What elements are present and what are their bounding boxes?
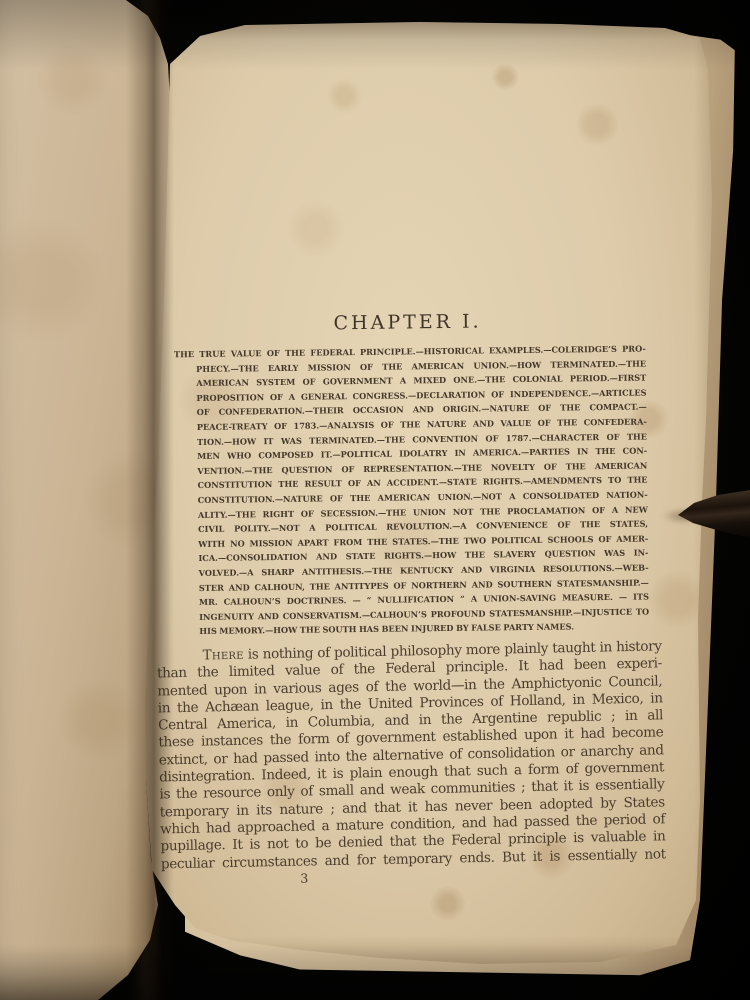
chapter-heading: CHAPTER I. bbox=[140, 308, 674, 337]
body-paragraph: There is nothing of political philosophy… bbox=[157, 638, 666, 873]
body-lines: than the limited value of the Federal pr… bbox=[157, 656, 666, 874]
chapter-summary: THE TRUE VALUE OF THE FEDERAL PRINCIPLE.… bbox=[174, 342, 650, 640]
page-number: 3 bbox=[291, 871, 317, 886]
right-page: CHAPTER I. THE TRUE VALUE OF THE FEDERAL… bbox=[143, 20, 718, 970]
lead-word: There bbox=[203, 647, 244, 664]
book-photo: CHAPTER I. THE TRUE VALUE OF THE FEDERAL… bbox=[0, 0, 750, 1000]
page-text-block: CHAPTER I. THE TRUE VALUE OF THE FEDERAL… bbox=[137, 17, 724, 974]
